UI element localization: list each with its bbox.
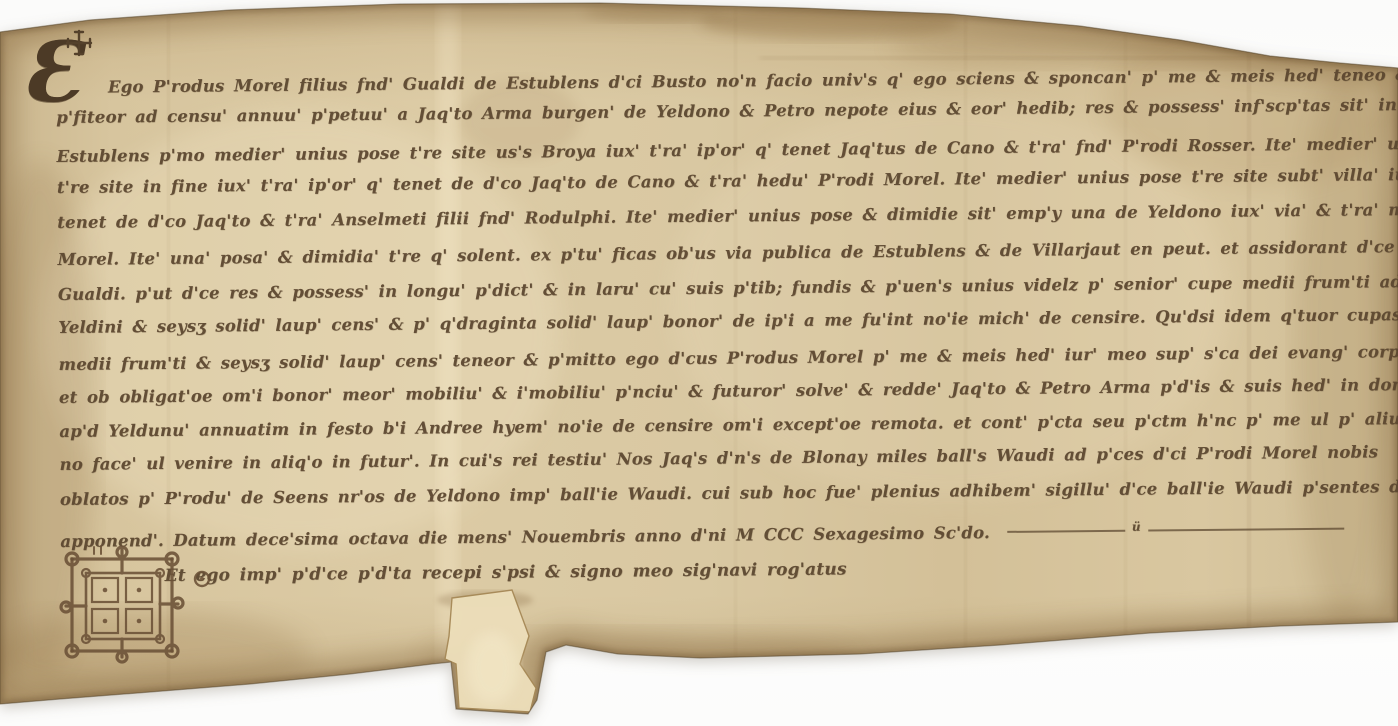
stain [460, 80, 580, 160]
photo-background: Ɛ Ego P'rodus Morel filius fnd' Gualdi d… [0, 0, 1398, 726]
tag-highlight [466, 632, 518, 704]
stain [1295, 70, 1395, 630]
light-patch [670, 100, 1230, 500]
fold-crease [964, 0, 967, 726]
light-patch [40, 110, 560, 550]
fold-crease [734, 0, 737, 726]
fold-crease [1124, 0, 1127, 726]
notary-sign [56, 545, 226, 685]
